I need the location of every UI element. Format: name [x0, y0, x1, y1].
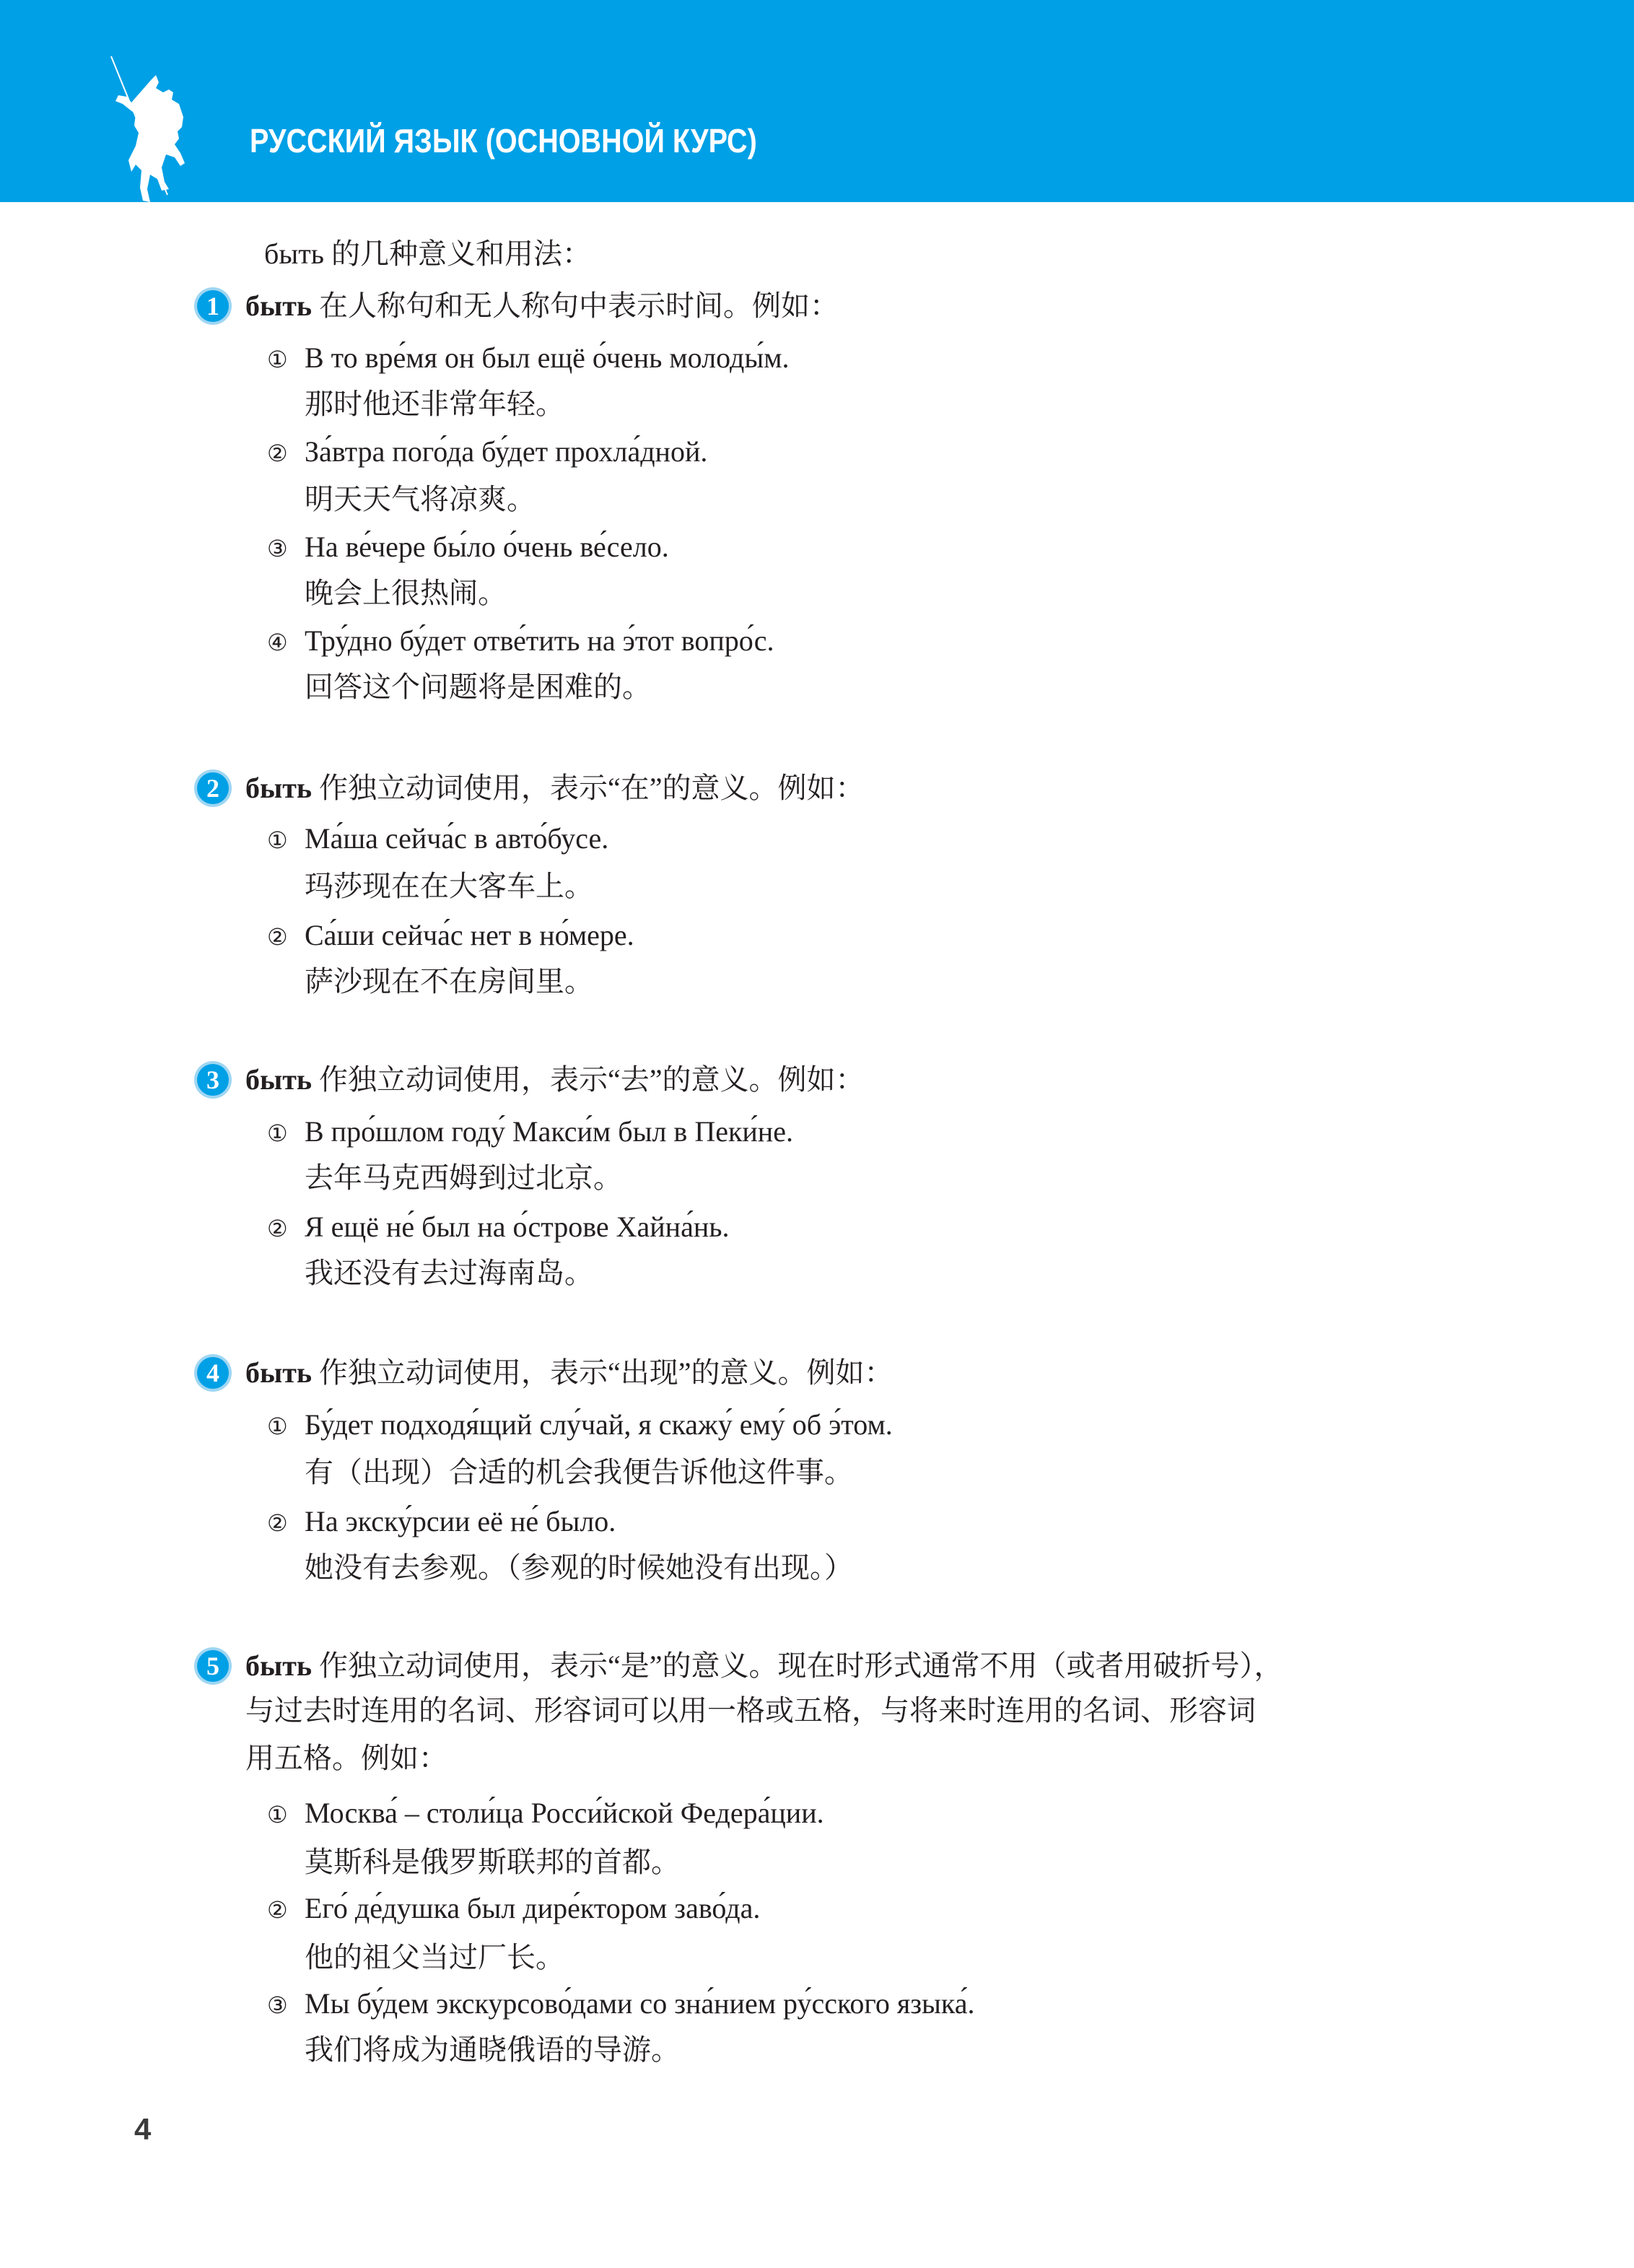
example-ru: ②Его́ де́душка был дире́ктором заво́да. — [267, 1891, 760, 1927]
section-heading-5-cont: 用五格。例如： — [245, 1741, 447, 1776]
russian-sentence: За́втра пого́да бу́дет прохла́дной. — [305, 435, 707, 468]
example-ru: ①В про́шлом году́ Макси́м был в Пеки́не. — [267, 1115, 793, 1151]
russian-sentence: Ма́ша сейча́с в авто́бусе. — [305, 822, 608, 855]
example-ru: ④Тру́дно бу́дет отве́тить на э́тот вопро… — [267, 624, 774, 660]
example-ru: ①В то вре́мя он был ещё о́чень молоды́м. — [267, 341, 790, 377]
example-number: ③ — [267, 1988, 305, 2023]
example-zh: 晚会上很热闹。 — [305, 576, 507, 611]
russian-sentence: В про́шлом году́ Макси́м был в Пеки́не. — [305, 1115, 793, 1148]
heading-text: 作独立动词使用，表示“在”的意义。例如： — [312, 772, 865, 804]
course-title: РУССКИЙ ЯЗЫК (ОСНОВНОЙ КУРС) — [250, 121, 757, 160]
russian-sentence: В то вре́мя он был ещё о́чень молоды́м. — [305, 341, 790, 374]
section-heading-5: быть 作独立动词使用，表示“是”的意义。现在时形式通常不用（或者用破折号）， — [245, 1649, 1283, 1683]
russian-sentence: Бу́дет подходя́щий слу́чай, я скажу́ ему… — [305, 1408, 893, 1441]
section-heading-1: быть 在人称句和无人称句中表示时间。例如： — [245, 289, 839, 323]
example-number: ① — [267, 1797, 305, 1832]
keyword: быть — [245, 1063, 312, 1096]
russian-sentence: Я ещё не́ был на о́строве Хайна́нь. — [305, 1211, 729, 1243]
russian-sentence: Са́ши сейча́с нет в но́мере. — [305, 919, 634, 951]
example-number: ② — [267, 1211, 305, 1246]
example-zh: 她没有去参观。（参观的时候她没有出现。） — [305, 1550, 853, 1585]
heading-text: 在人称句和无人称句中表示时间。例如： — [312, 289, 839, 322]
example-zh: 有（出现）合适的机会我便告诉他这件事。 — [305, 1455, 853, 1490]
example-number: ④ — [267, 625, 305, 660]
heading-text: 作独立动词使用，表示“出现”的意义。例如： — [312, 1356, 894, 1389]
keyword: быть — [245, 289, 312, 322]
heading-text: 作独立动词使用，表示“是”的意义。现在时形式通常不用（或者用破折号）， — [312, 1649, 1283, 1682]
russian-sentence: Его́ де́душка был дире́ктором заво́да. — [305, 1892, 760, 1924]
example-zh: 萨沙现在不在房间里。 — [305, 964, 593, 999]
example-zh: 他的祖父当过厂长。 — [305, 1940, 564, 1975]
russian-sentence: Мы бу́дем экскурсово́дами со зна́нием ру… — [305, 1987, 974, 2020]
section-heading-2: быть 作独立动词使用，表示“在”的意义。例如： — [245, 771, 865, 806]
russian-sentence: Москва́ – столи́ца Росси́йской Федера́ци… — [305, 1797, 824, 1829]
section-badge-3: 3 — [197, 1064, 229, 1096]
example-ru: ②Са́ши сейча́с нет в но́мере. — [267, 918, 634, 954]
keyword: быть — [245, 1649, 312, 1682]
example-ru: ①Ма́ша сейча́с в авто́бусе. — [267, 821, 608, 858]
keyword: быть — [245, 1356, 312, 1389]
section-heading-3: быть 作独立动词使用，表示“去”的意义。例如： — [245, 1063, 865, 1097]
example-number: ② — [267, 920, 305, 954]
example-zh: 明天天气将凉爽。 — [305, 482, 536, 517]
example-zh: 去年马克西姆到过北京。 — [305, 1161, 622, 1195]
example-ru: ①Москва́ – столи́ца Росси́йской Федера́ц… — [267, 1796, 824, 1832]
example-number: ① — [267, 1116, 305, 1151]
example-ru: ②Я ещё не́ был на о́строве Хайна́нь. — [267, 1210, 729, 1246]
example-number: ① — [267, 823, 305, 858]
example-zh: 那时他还非常年轻。 — [305, 387, 564, 422]
keyword: быть — [245, 772, 312, 804]
example-ru: ③На ве́чере бы́ло о́чень ве́село. — [267, 530, 669, 566]
section-badge-4: 4 — [197, 1357, 229, 1389]
example-ru: ②На экску́рсии её не́ было. — [267, 1504, 616, 1540]
horseman-logo-icon — [101, 51, 274, 206]
example-number: ① — [267, 1409, 305, 1444]
example-number: ③ — [267, 531, 305, 566]
section-badge-1: 1 — [197, 290, 229, 322]
example-ru: ①Бу́дет подходя́щий слу́чай, я скажу́ ем… — [267, 1408, 893, 1444]
example-zh: 莫斯科是俄罗斯联邦的首都。 — [305, 1845, 680, 1880]
section-heading-4: быть 作独立动词使用，表示“出现”的意义。例如： — [245, 1356, 894, 1390]
example-zh: 我们将成为通晓俄语的导游。 — [305, 2033, 680, 2067]
example-number: ② — [267, 436, 305, 471]
example-zh: 回答这个问题将是困难的。 — [305, 670, 651, 705]
section-badge-5: 5 — [197, 1650, 229, 1682]
example-number: ① — [267, 342, 305, 377]
intro-text: быть 的几种意义和用法： — [264, 237, 591, 271]
example-ru: ③Мы бу́дем экскурсово́дами со зна́нием р… — [267, 1986, 974, 2023]
russian-sentence: На экску́рсии её не́ было. — [305, 1505, 616, 1538]
section-heading-5-cont: 与过去时连用的名词、形容词可以用一格或五格，与将来时连用的名词、形容词 — [245, 1693, 1256, 1728]
example-number: ② — [267, 1506, 305, 1540]
section-badge-2: 2 — [197, 772, 229, 804]
page-header-banner: РУССКИЙ ЯЗЫК (ОСНОВНОЙ КУРС) — [0, 0, 1634, 202]
example-zh: 我还没有去过海南岛。 — [305, 1256, 593, 1291]
example-number: ② — [267, 1893, 305, 1927]
page-number: 4 — [134, 2112, 151, 2147]
heading-text: 作独立动词使用，表示“去”的意义。例如： — [312, 1063, 865, 1096]
russian-sentence: На ве́чере бы́ло о́чень ве́село. — [305, 531, 669, 563]
example-zh: 玛莎现在在大客车上。 — [305, 869, 593, 904]
example-ru: ②За́втра пого́да бу́дет прохла́дной. — [267, 435, 707, 471]
russian-sentence: Тру́дно бу́дет отве́тить на э́тот вопро́… — [305, 624, 774, 657]
